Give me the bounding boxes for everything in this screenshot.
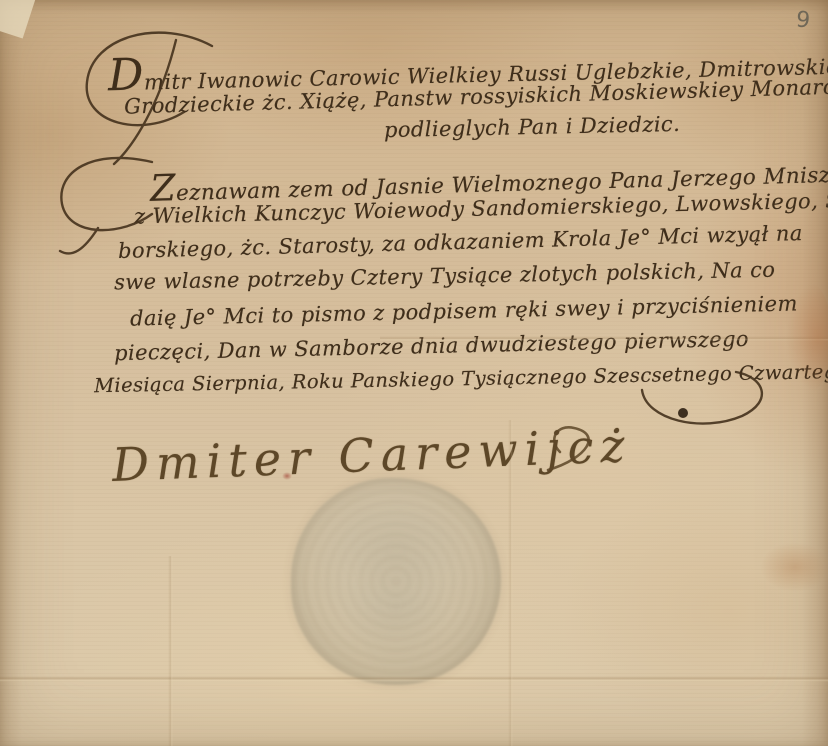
manuscript-page: 9 Dmitr Iwanowic Carowic Wielkiey Russi … (0, 0, 828, 746)
manuscript-line: Miesiąca Sierpnia, Roku Panskiego Tysiąc… (94, 360, 828, 398)
paper-corner-chip (0, 0, 36, 39)
fold-crease (168, 556, 173, 746)
manuscript-line: daię Je° Mci to pismo z podpisem ręki sw… (130, 291, 798, 330)
manuscript-line: swe wlasne potrzeby Cztery Tysiące zloty… (114, 258, 776, 295)
ink-blot (678, 408, 688, 418)
embossed-seal (291, 478, 501, 685)
manuscript-line: pieczęci, Dan w Samborze dnia dwudzieste… (114, 327, 749, 365)
signature-dmitr-carewicz: Dmiter Carewijcż (111, 418, 632, 492)
manuscript-line: podlieglych Pan i Dziedzic. (384, 112, 681, 142)
stain (760, 542, 828, 592)
archival-page-number: 9 (795, 7, 812, 33)
initial-z-tail (60, 228, 98, 253)
manuscript-line: borskiego, żc. Starosty, za odkazaniem K… (118, 221, 803, 263)
